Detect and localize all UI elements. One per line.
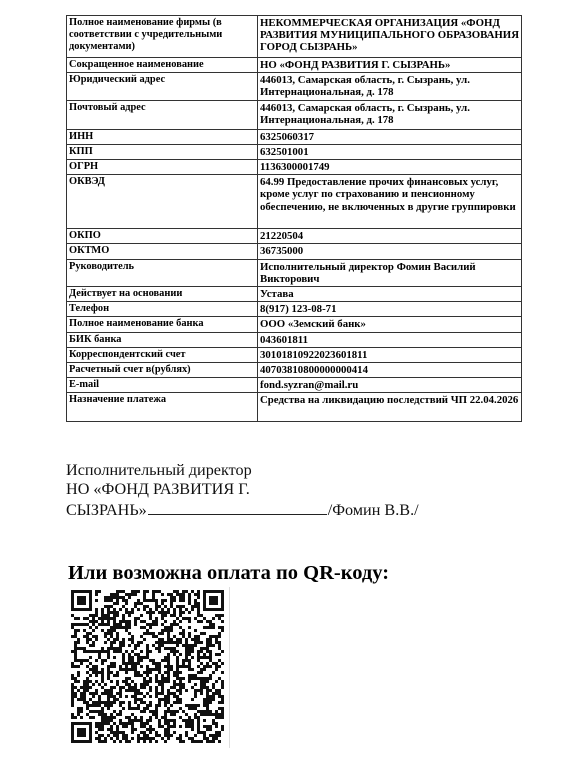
row-value: 8(917) 123-08-71 [258,302,522,317]
row-value: Средства на ликвидацию последствий ЧП 22… [258,393,522,422]
row-value: Исполнительный директор Фомин Василий Ви… [258,259,522,286]
row-label: ИНН [67,129,258,144]
row-value: ООО «Земский банк» [258,317,522,332]
row-value: НО «ФОНД РАЗВИТИЯ Г. СЫЗРАНЬ» [258,58,522,73]
table-row: ОГРН 1136300001749 [67,160,522,175]
row-value: 21220504 [258,229,522,244]
row-value: 632501001 [258,144,522,159]
row-label: Полное наименование банка [67,317,258,332]
row-value: НЕКОММЕРЧЕСКАЯ ОРГАНИЗАЦИЯ «ФОНД РАЗВИТИ… [258,16,522,58]
row-label: Почтовый адрес [67,100,258,129]
row-label: Телефон [67,302,258,317]
table-row: Телефон 8(917) 123-08-71 [67,302,522,317]
row-value: 446013, Самарская область, г. Сызрань, у… [258,73,522,100]
table-row: ОКТМО 36735000 [67,244,522,259]
row-label: ОКПО [67,229,258,244]
row-label: Действует на основании [67,287,258,302]
requisites-table: Полное наименование фирмы (в соответстви… [66,15,522,422]
row-label: E-mail [67,378,258,393]
row-value: 6325060317 [258,129,522,144]
row-label: Руководитель [67,259,258,286]
signature-org: НО «ФОНД РАЗВИТИЯ Г. [66,480,419,499]
row-value: 446013, Самарская область, г. Сызрань, у… [258,100,522,129]
row-label: БИК банка [67,332,258,347]
row-label: Сокращенное наименование [67,58,258,73]
row-value: 40703810800000000414 [258,363,522,378]
signature-line [148,499,327,515]
table-row: БИК банка 043601811 [67,332,522,347]
table-row: Полное наименование банка ООО «Земский б… [67,317,522,332]
signature-name: /Фомин В.В./ [328,501,419,519]
row-label: Юридический адрес [67,73,258,100]
table-row: Назначение платежа Средства на ликвидаци… [67,393,522,422]
table-row: ИНН 6325060317 [67,129,522,144]
signature-block: Исполнительный директор НО «ФОНД РАЗВИТИ… [66,461,419,520]
table-row: ОКВЭД 64.99 Предоставление прочих финанс… [67,175,522,229]
row-value: 043601811 [258,332,522,347]
row-value: 36735000 [258,244,522,259]
table-row: Корреспондентский счет 30101810922023601… [67,347,522,362]
row-value: Устава [258,287,522,302]
table-row: E-mail fond.syzran@mail.ru [67,378,522,393]
row-label: Расчетный счет в(рублях) [67,363,258,378]
row-label: ОКТМО [67,244,258,259]
table-row: Полное наименование фирмы (в соответстви… [67,16,522,58]
row-value: 64.99 Предоставление прочих финансовых у… [258,175,522,229]
table-row: КПП 632501001 [67,144,522,159]
table-row: Руководитель Исполнительный директор Фом… [67,259,522,286]
qr-code [67,587,230,748]
table-row: Действует на основании Устава [67,287,522,302]
row-label: ОКВЭД [67,175,258,229]
row-value: 1136300001749 [258,160,522,175]
row-label: Полное наименование фирмы (в соответстви… [67,16,258,58]
signature-position: Исполнительный директор [66,461,419,480]
signature-org-cont: СЫЗРАНЬ» [66,501,147,519]
table-row: Юридический адрес 446013, Самарская обла… [67,73,522,100]
table-row: Расчетный счет в(рублях) 407038108000000… [67,363,522,378]
row-label: ОГРН [67,160,258,175]
row-label: Корреспондентский счет [67,347,258,362]
row-value: 30101810922023601811 [258,347,522,362]
table-row: Почтовый адрес 446013, Самарская область… [67,100,522,129]
table-row: Сокращенное наименование НО «ФОНД РАЗВИТ… [67,58,522,73]
row-label: КПП [67,144,258,159]
table-row: ОКПО 21220504 [67,229,522,244]
row-label: Назначение платежа [67,393,258,422]
signature-line-row: СЫЗРАНЬ»/Фомин В.В./ [66,499,419,520]
qr-title: Или возможна оплата по QR-коду: [68,561,389,585]
qr-code-icon [71,590,224,743]
row-value: fond.syzran@mail.ru [258,378,522,393]
